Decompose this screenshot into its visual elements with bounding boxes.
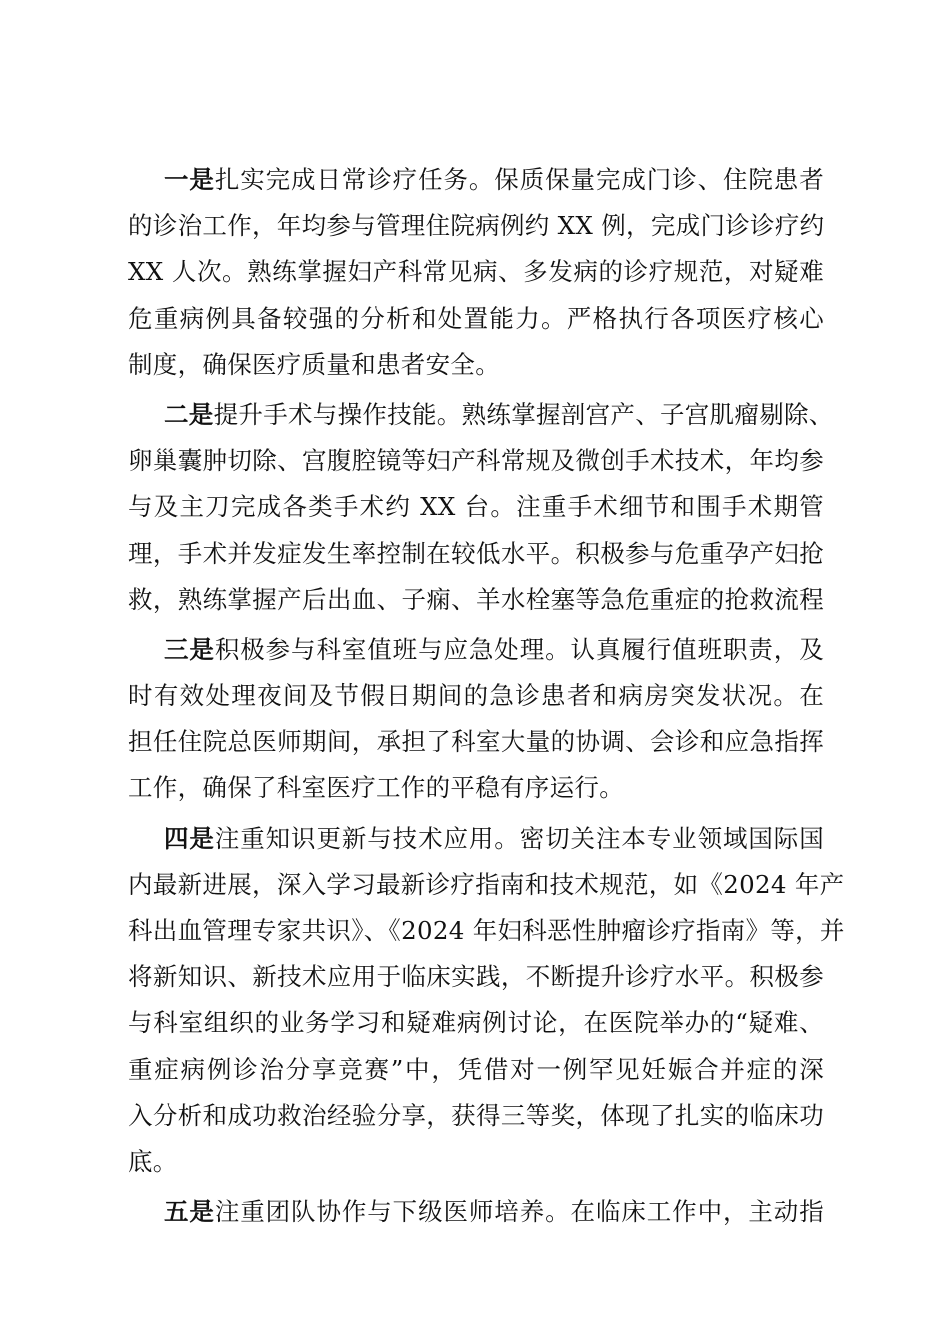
paragraph-line: 制度，确保医疗质量和患者安全。 — [128, 342, 824, 388]
paragraph-line: 四是注重知识更新与技术应用。密切关注本专业领域国际国 — [128, 816, 824, 862]
paragraph-5: 五是注重团队协作与下级医师培养。在临床工作中，主动指 — [128, 1189, 824, 1235]
paragraph-line: 底。 — [128, 1139, 824, 1185]
paragraph-line: 危重病例具备较强的分析和处置能力。严格执行各项医疗核心 — [128, 296, 824, 342]
paragraph-line: 重症病例诊治分享竞赛”中，凭借对一例罕见妊娠合并症的深 — [128, 1047, 824, 1093]
paragraph-line: 二是提升手术与操作技能。熟练掌握剖宫产、子宫肌瘤剔除、 — [128, 392, 824, 438]
paragraph-line: 将新知识、新技术应用于临床实践，不断提升诊疗水平。积极参 — [128, 954, 824, 1000]
paragraph-1: 一是扎实完成日常诊疗任务。保质保量完成门诊、住院患者 的诊治工作，年均参与管理住… — [128, 157, 824, 388]
paragraph-line: 与及主刀完成各类手术约 XX 台。注重手术细节和围手术期管 — [128, 484, 824, 530]
paragraph-line: 五是注重团队协作与下级医师培养。在临床工作中，主动指 — [128, 1189, 824, 1235]
paragraph-line: 与科室组织的业务学习和疑难病例讨论，在医院举办的“疑难、 — [128, 1000, 824, 1046]
paragraph-line: 时有效处理夜间及节假日期间的急诊患者和病房突发状况。在 — [128, 673, 824, 719]
paragraph-line: 担任住院总医师期间，承担了科室大量的协调、会诊和应急指挥 — [128, 719, 824, 765]
paragraph-4: 四是注重知识更新与技术应用。密切关注本专业领域国际国 内最新进展，深入学习最新诊… — [128, 816, 824, 1186]
paragraph-line: 理，手术并发症发生率控制在较低水平。积极参与危重孕产妇抢 — [128, 531, 824, 577]
paragraph-lead: 一是 — [164, 165, 215, 194]
paragraph-lead: 二是 — [164, 400, 214, 429]
paragraph-lead: 五是 — [164, 1197, 215, 1226]
paragraph-line: 工作，确保了科室医疗工作的平稳有序运行。 — [128, 765, 824, 811]
paragraph-2: 二是提升手术与操作技能。熟练掌握剖宫产、子宫肌瘤剔除、 卵巢囊肿切除、宫腹腔镜等… — [128, 392, 824, 623]
paragraph-3: 三是积极参与科室值班与应急处理。认真履行值班职责，及 时有效处理夜间及节假日期间… — [128, 627, 824, 812]
paragraph-lead: 三是 — [164, 635, 215, 664]
paragraph-lead: 四是 — [164, 824, 215, 853]
paragraph-line: 三是积极参与科室值班与应急处理。认真履行值班职责，及 — [128, 627, 824, 673]
document-page: 一是扎实完成日常诊疗任务。保质保量完成门诊、住院患者 的诊治工作，年均参与管理住… — [128, 157, 824, 1239]
paragraph-line: 一是扎实完成日常诊疗任务。保质保量完成门诊、住院患者 — [128, 157, 824, 203]
paragraph-line: 内最新进展，深入学习最新诊疗指南和技术规范，如《2024 年产 — [128, 862, 824, 908]
paragraph-line: 卵巢囊肿切除、宫腹腔镜等妇产科常规及微创手术技术，年均参 — [128, 438, 824, 484]
paragraph-line: XX 人次。熟练掌握妇产科常见病、多发病的诊疗规范，对疑难 — [128, 249, 824, 295]
paragraph-line: 的诊治工作，年均参与管理住院病例约 XX 例，完成门诊诊疗约 — [128, 203, 824, 249]
paragraph-line: 入分析和成功救治经验分享，获得三等奖，体现了扎实的临床功 — [128, 1093, 824, 1139]
paragraph-line: 科出血管理专家共识》、《2024 年妇科恶性肿瘤诊疗指南》等，并 — [128, 908, 824, 954]
paragraph-line: 救，熟练掌握产后出血、子痫、羊水栓塞等急危重症的抢救流程 — [128, 577, 824, 623]
